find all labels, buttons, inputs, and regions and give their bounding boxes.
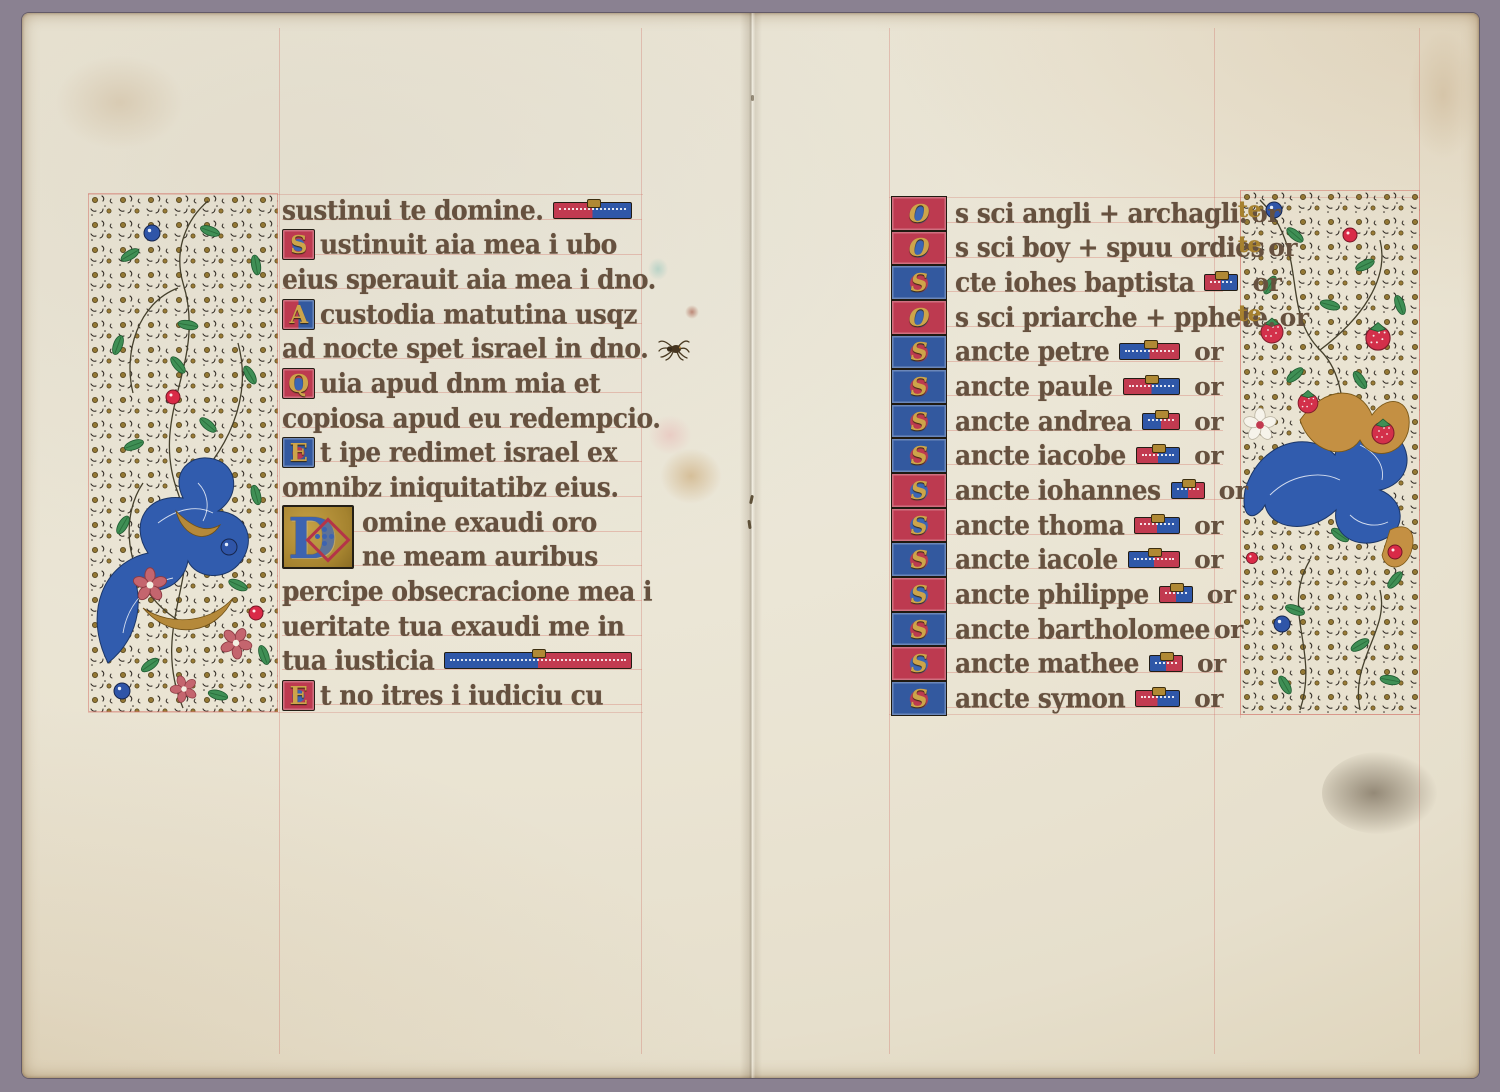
left-page-text-block: sustinui te domine.Sustinuit aia mea i u… <box>282 193 642 713</box>
line-filler-ornament <box>1123 378 1181 395</box>
latin-text: cte iohes baptista <box>955 267 1194 298</box>
illuminated-initial: A <box>282 299 315 330</box>
response-abbreviation: or <box>1215 476 1248 505</box>
latin-text: uia apud dnm mia et <box>320 368 600 399</box>
manuscript-text-line: Sancte pauleor <box>891 369 1223 404</box>
latin-text: ne meam auribus <box>362 541 598 572</box>
manuscript-text-line: ad nocte spet israel in dno. <box>282 332 642 367</box>
manuscript-text-line: Et no itres i iudiciu cu <box>282 678 642 713</box>
latin-text: s sci priarche + pphete. <box>955 302 1276 333</box>
manuscript-text-line: Os sci angli + archagli.orte <box>891 196 1223 231</box>
line-filler-ornament <box>1204 274 1238 291</box>
latin-text: ustinuit aia mea i ubo <box>320 229 617 260</box>
latin-text: ancte philippe <box>955 579 1149 610</box>
manuscript-text-line: Os sci priarche + pphete.orte <box>891 300 1223 335</box>
margin-catchword: te <box>1238 197 1261 223</box>
illuminated-initial: S <box>891 404 947 439</box>
response-abbreviation: or <box>1210 615 1243 644</box>
manuscript-text-line: Sancte symonor <box>891 681 1223 716</box>
illuminated-initial: S <box>891 369 947 404</box>
manuscript-text-line: Acustodia matutina usqz <box>282 297 642 332</box>
latin-text: percipe obsecracione mea i <box>282 576 652 607</box>
line-filler-ornament <box>1136 447 1180 464</box>
manuscript-text-line: omnibz iniquitatibz eius. <box>282 470 642 505</box>
illuminated-initial: S <box>891 438 947 473</box>
illuminated-initial: S <box>891 265 947 300</box>
manuscript-text-line: eius sperauit aia mea i dno. <box>282 262 642 297</box>
latin-text: ancte bartholomee <box>955 613 1210 644</box>
latin-text: copiosa apud eu redempcio. <box>282 403 660 434</box>
right-page-litany-block: Os sci angli + archagli.orteOs sci boy +… <box>891 196 1223 716</box>
response-abbreviation: or <box>1276 303 1309 332</box>
manuscript-text-line: Sancte iohannesor <box>891 473 1223 508</box>
manuscript-text-line: Sancte petreor <box>891 335 1223 370</box>
line-filler-ornament <box>444 652 632 669</box>
response-abbreviation: or <box>1190 372 1223 401</box>
stain-mark <box>660 448 722 504</box>
line-filler-ornament <box>1159 586 1193 603</box>
latin-text: ancte iohannes <box>955 475 1161 506</box>
manuscript-text-line: Et ipe redimet israel ex <box>282 435 642 470</box>
response-abbreviation: or <box>1190 684 1223 713</box>
center-fold <box>740 13 762 1078</box>
illuminated-initial: S <box>891 577 947 612</box>
line-filler-ornament <box>553 202 632 219</box>
illuminated-initial: E <box>282 437 315 468</box>
illuminated-initial: Q <box>282 368 315 399</box>
response-abbreviation: or <box>1190 441 1223 470</box>
response-abbreviation: or <box>1190 337 1223 366</box>
manuscript-text-line: tua iusticia <box>282 643 642 678</box>
spider-icon <box>658 337 690 361</box>
latin-text: t ipe redimet israel ex <box>320 437 617 468</box>
manuscript-text-line: Sancte thomaor <box>891 508 1223 543</box>
line-filler-ornament <box>1128 551 1180 568</box>
response-abbreviation: or <box>1190 545 1223 574</box>
line-filler-ornament <box>1135 690 1180 707</box>
latin-text: ancte petre <box>955 336 1109 367</box>
latin-text: ancte iacole <box>955 544 1118 575</box>
line-filler-ornament <box>1134 517 1180 534</box>
line-filler-ornament <box>1142 413 1180 430</box>
illuminated-initial: S <box>891 612 947 647</box>
manuscript-text-line: Sancte philippeor <box>891 577 1223 612</box>
line-filler-ornament <box>1171 482 1205 499</box>
latin-text: omnibz iniquitatibz eius. <box>282 472 619 503</box>
latin-text: ancte symon <box>955 683 1125 714</box>
illuminated-initial: E <box>282 680 315 711</box>
manuscript-text-line: Sancte iacoleor <box>891 542 1223 577</box>
latin-text: s sci angli + archagli. <box>955 198 1247 229</box>
latin-text: ancte iacobe <box>955 440 1126 471</box>
manuscript-text-line: copiosa apud eu redempcio. <box>282 401 642 436</box>
manuscript-text-line: ueritate tua exaudi me in <box>282 609 642 644</box>
latin-text: omine exaudi oro <box>362 507 597 538</box>
manuscript-text-line: Sustinuit aia mea i ubo <box>282 228 642 263</box>
illuminated-initial: S <box>891 646 947 681</box>
illuminated-initial: S <box>891 473 947 508</box>
manuscript-text-line: Sancte bartholomeeor <box>891 612 1223 647</box>
response-abbreviation: or <box>1190 407 1223 436</box>
response-abbreviation: or <box>1248 268 1281 297</box>
manuscript-text-line: percipe obsecracione mea i <box>282 574 642 609</box>
manuscript-text-line: sustinui te domine. <box>282 193 642 228</box>
response-abbreviation: or <box>1203 580 1236 609</box>
manuscript-text-line: Sancte iacobeor <box>891 438 1223 473</box>
illuminated-initial: O <box>891 231 947 266</box>
illuminated-initial: S <box>891 335 947 370</box>
latin-text: ancte paule <box>955 371 1113 402</box>
response-abbreviation: or <box>1190 511 1223 540</box>
latin-text: tua iusticia <box>282 645 434 676</box>
latin-text: custodia matutina usqz <box>320 299 637 330</box>
margin-catchword: te <box>1238 301 1261 327</box>
illuminated-initial-large: D <box>282 505 354 569</box>
illuminated-initial: O <box>891 196 947 231</box>
ruling-line-vertical <box>889 28 890 1054</box>
binding-stitch <box>751 95 754 101</box>
response-abbreviation: or <box>1264 233 1297 262</box>
illuminated-initial: S <box>282 229 315 260</box>
manuscript-photograph: sustinui te domine.Sustinuit aia mea i u… <box>0 0 1500 1092</box>
stain-mark <box>685 305 699 319</box>
stain-mark <box>55 55 185 150</box>
illuminated-initial: S <box>891 542 947 577</box>
manuscript-text-line: Quia apud dnm mia et <box>282 366 642 401</box>
latin-text: ancte thoma <box>955 510 1124 541</box>
latin-text: eius sperauit aia mea i dno. <box>282 264 656 295</box>
illuminated-initial: S <box>891 508 947 543</box>
latin-text: t no itres i iudiciu cu <box>320 680 603 711</box>
line-filler-ornament <box>1149 655 1183 672</box>
margin-catchword: te <box>1238 232 1261 258</box>
latin-text: ancte andrea <box>955 406 1132 437</box>
manuscript-text-line: Sancte matheeor <box>891 646 1223 681</box>
latin-text: ad nocte spet israel in dno. <box>282 333 648 364</box>
latin-text: sustinui te domine. <box>282 195 543 226</box>
floral-border-left <box>88 193 278 712</box>
line-filler-ornament <box>1119 343 1180 360</box>
latin-text: ueritate tua exaudi me in <box>282 610 624 641</box>
illuminated-initial: S <box>891 681 947 716</box>
latin-text: ancte mathee <box>955 648 1139 679</box>
illuminated-initial: O <box>891 300 947 335</box>
manuscript-text-line: Scte iohes baptistaor <box>891 265 1223 300</box>
response-abbreviation: or <box>1193 649 1226 678</box>
ruling-line-vertical <box>279 28 280 1054</box>
latin-text: s sci boy + spuu ordies <box>955 232 1264 263</box>
manuscript-text-line: Os sci boy + spuu ordiesorte <box>891 231 1223 266</box>
manuscript-text-line: Sancte andreaor <box>891 404 1223 439</box>
flower-ornament <box>322 534 327 539</box>
